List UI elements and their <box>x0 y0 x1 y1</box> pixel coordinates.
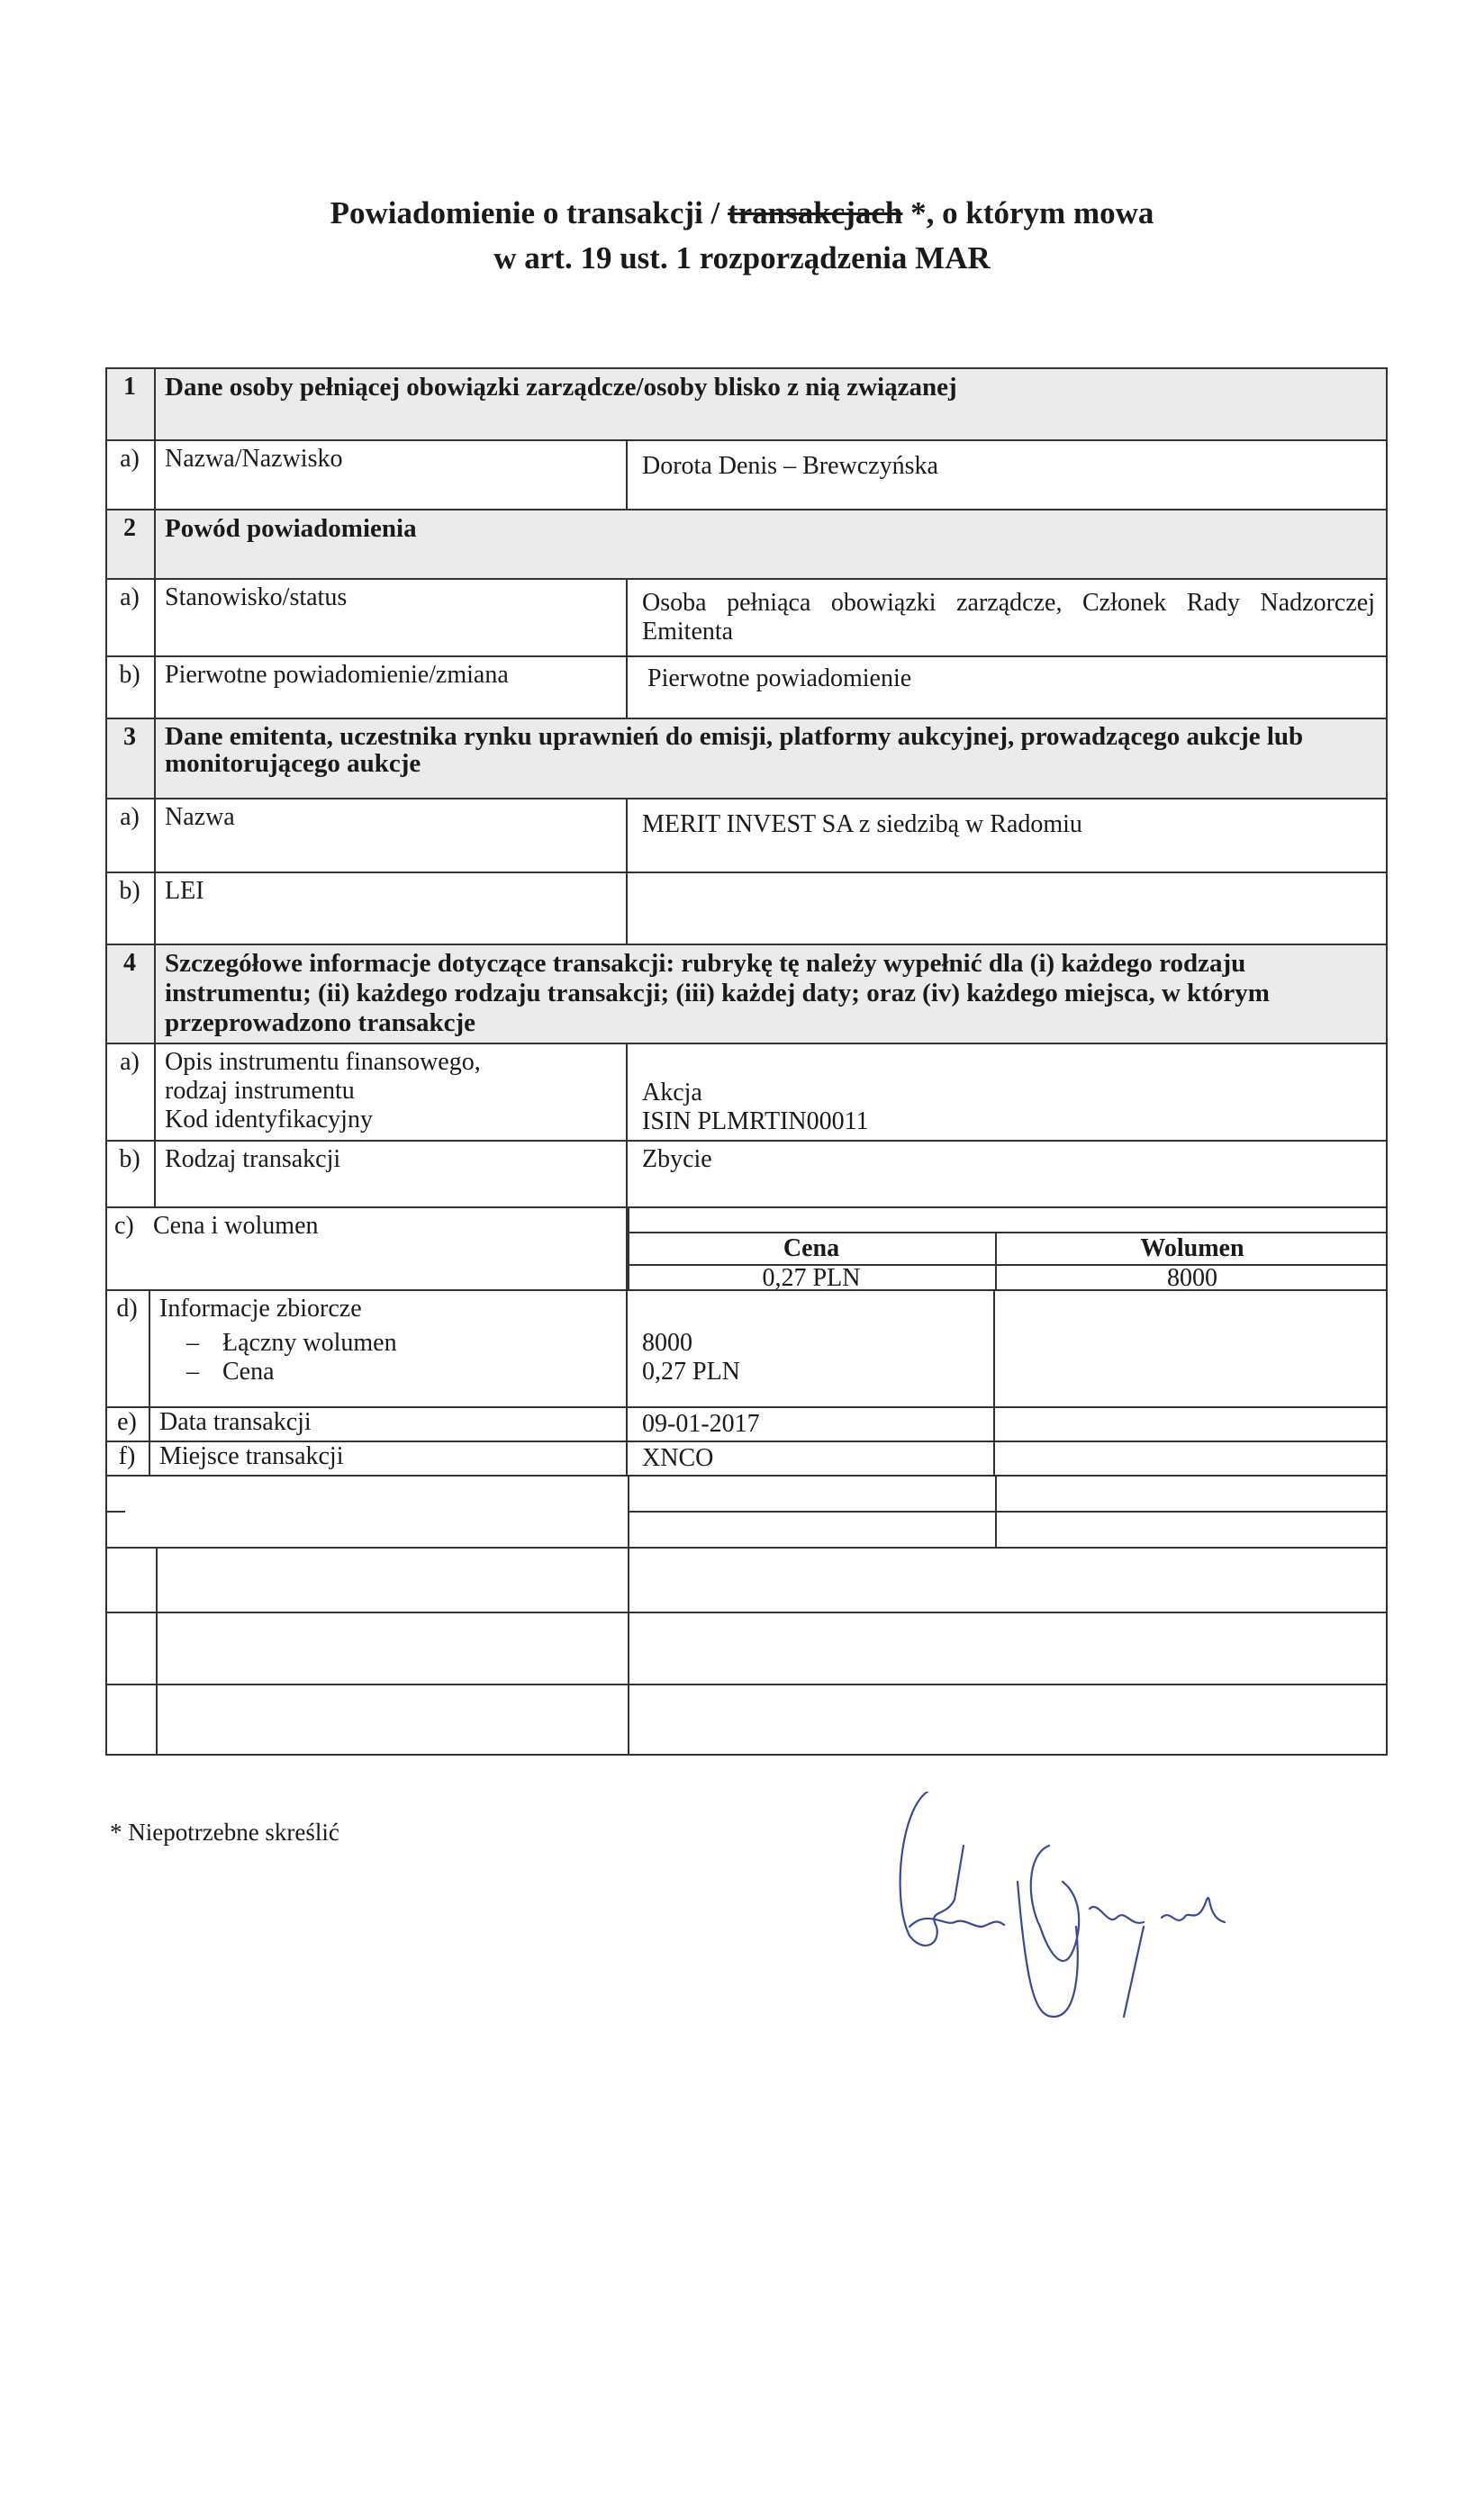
row-aggregated-info: d) Informacje zbiorcze –Łączny wolumen –… <box>105 1289 1388 1406</box>
section-title: Dane emitenta, uczestnika rynku uprawnie… <box>156 719 1388 798</box>
field-value <box>628 873 1388 944</box>
field-value: MERIT INVEST SA z siedzibą w Radomiu <box>628 799 1388 872</box>
field-label: Miejsce transakcji <box>150 1442 628 1475</box>
signature <box>891 1792 1396 2026</box>
stray-line <box>105 1511 125 1513</box>
dash-bullet: – <box>159 1329 222 1358</box>
section-title: Powód powiadomienia <box>156 510 1388 578</box>
row-price-volume: c) Cena i wolumen Cena Wolumen 0,27 PLN … <box>105 1206 1388 1289</box>
title-line-2: w art. 19 ust. 1 rozporządzenia MAR <box>0 236 1484 281</box>
field-label: LEI <box>156 873 628 944</box>
subtable-price-value: 0,27 PLN <box>628 1264 995 1291</box>
struck-word: transakcjach <box>728 195 902 230</box>
row-initial-change: b) Pierwotne powiadomienie/zmiana Pierwo… <box>105 655 1388 718</box>
row-instrument: a) Opis instrumentu finansowego, rodzaj … <box>105 1043 1388 1140</box>
field-label: Informacje zbiorcze –Łączny wolumen –Cen… <box>150 1291 628 1406</box>
field-value: Akcja ISIN PLMRTIN00011 <box>628 1044 1388 1140</box>
section-2-header: 2 Powód powiadomienia <box>105 509 1388 578</box>
field-value: XNCO <box>628 1442 995 1475</box>
empty-row <box>105 1547 1388 1612</box>
empty-row <box>105 1684 1388 1756</box>
field-value: Dorota Denis – Brewczyńska <box>628 441 1388 509</box>
section-1-header: 1 Dane osoby pełniącej obowiązki zarządc… <box>105 367 1388 439</box>
field-value: Osoba pełniąca obowiązki zarządcze, Czło… <box>628 580 1388 655</box>
section-3-header: 3 Dane emitenta, uczestnika rynku uprawn… <box>105 718 1388 798</box>
field-label: Nazwa <box>156 799 628 872</box>
footnote: * Niepotrzebne skreślić <box>110 1819 339 1847</box>
section-number: 1 <box>105 369 156 439</box>
field-label: Stanowisko/status <box>156 580 628 655</box>
field-value: 09-01-2017 <box>628 1408 995 1441</box>
row-status: a) Stanowisko/status Osoba pełniąca obow… <box>105 578 1388 655</box>
section-4-header: 4 Szczegółowe informacje dotyczące trans… <box>105 944 1388 1043</box>
field-value: Pierwotne powiadomienie <box>628 657 1388 718</box>
section-number: 2 <box>105 510 156 578</box>
field-label: Pierwotne powiadomienie/zmiana <box>156 657 628 718</box>
field-label: Nazwa/Nazwisko <box>156 441 628 509</box>
field-label: c) Cena i wolumen <box>105 1208 628 1289</box>
section-title: Szczegółowe informacje dotyczące transak… <box>156 945 1388 1043</box>
empty-row <box>105 1612 1388 1684</box>
field-label: Rodzaj transakcji <box>156 1142 628 1206</box>
row-transaction-venue: f) Miejsce transakcji XNCO <box>105 1441 1388 1475</box>
field-value: Zbycie <box>628 1142 1388 1206</box>
row-issuer-name: a) Nazwa MERIT INVEST SA z siedzibą w Ra… <box>105 798 1388 872</box>
row-lei: b) LEI <box>105 872 1388 944</box>
title-line-1: Powiadomienie o transakcji / transakcjac… <box>0 191 1484 236</box>
field-label: Opis instrumentu finansowego, rodzaj ins… <box>156 1044 628 1140</box>
row-name: a) Nazwa/Nazwisko Dorota Denis – Brewczy… <box>105 439 1388 509</box>
dash-bullet: – <box>159 1358 222 1386</box>
row-transaction-date: e) Data transakcji 09-01-2017 <box>105 1406 1388 1441</box>
empty-row <box>105 1475 1388 1547</box>
subtable-price-header: Cena <box>628 1232 995 1264</box>
subtable-volume-value: 8000 <box>995 1264 1388 1291</box>
section-title: Dane osoby pełniącej obowiązki zarządcze… <box>156 369 1388 439</box>
subtable-volume-header: Wolumen <box>995 1232 1388 1264</box>
section-number: 3 <box>105 719 156 798</box>
row-transaction-type: b) Rodzaj transakcji Zbycie <box>105 1140 1388 1206</box>
document-title: Powiadomienie o transakcji / transakcjac… <box>0 191 1484 281</box>
field-label: Data transakcji <box>150 1408 628 1441</box>
section-number: 4 <box>105 945 156 1043</box>
field-value: 8000 0,27 PLN <box>628 1291 995 1406</box>
